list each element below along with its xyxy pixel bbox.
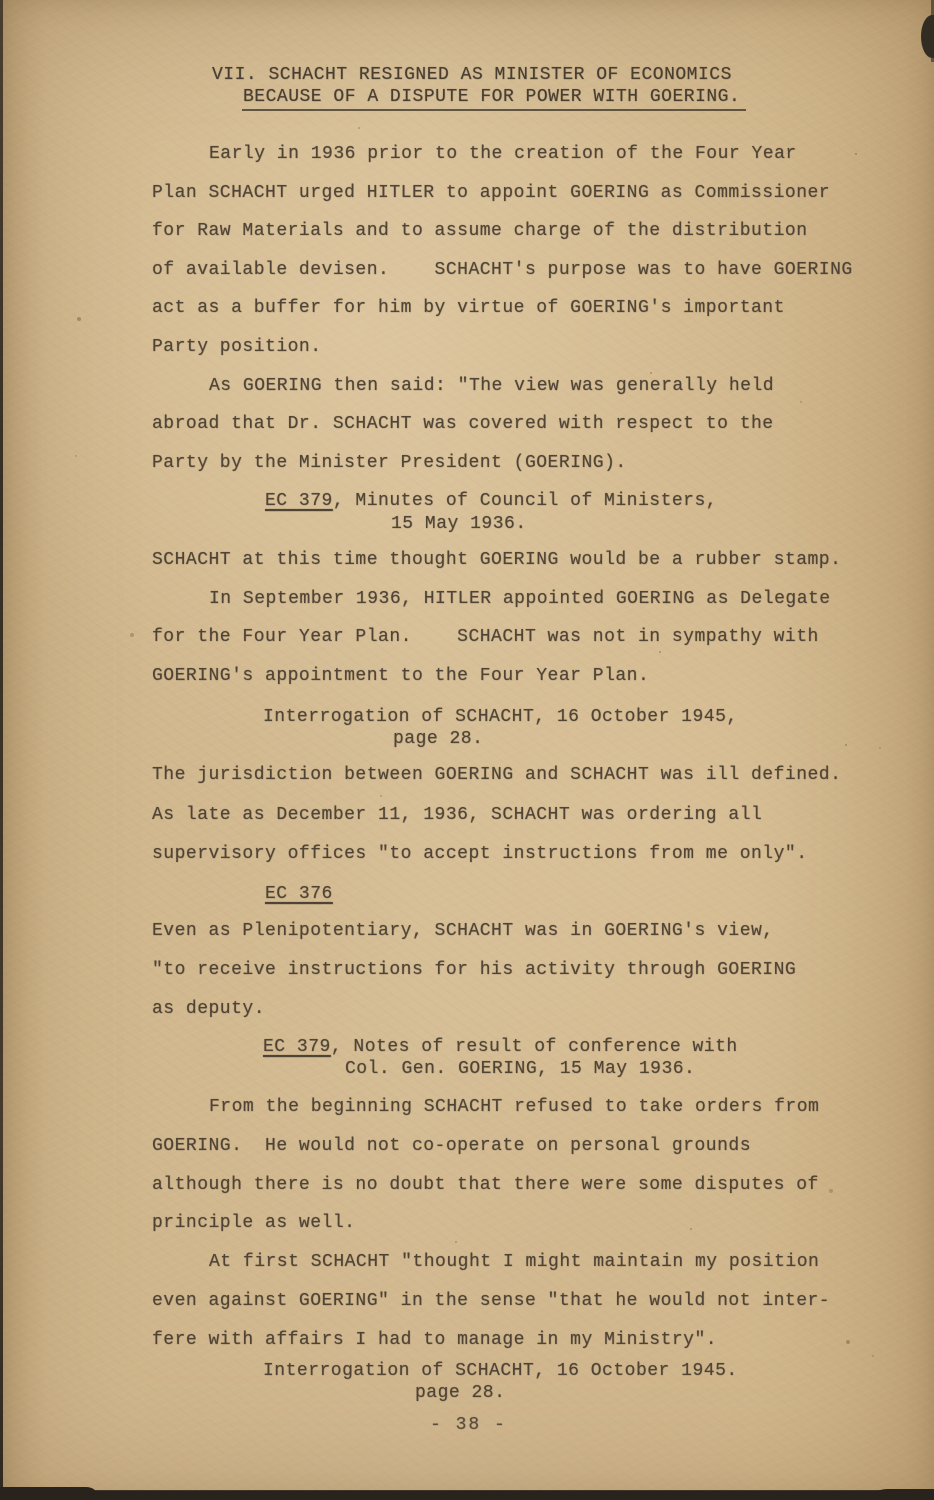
text-segment: The jurisdiction between GOERING and SCH… [152, 765, 841, 785]
text-segment: GOERING. He would not co-operate on pers… [152, 1136, 751, 1156]
text-line: From the beginning SCHACHT refused to ta… [209, 1097, 819, 1117]
text-segment: supervisory offices "to accept instructi… [152, 844, 808, 864]
text-line: Plan SCHACHT urged HITLER to appoint GOE… [152, 183, 830, 203]
text-line: Col. Gen. GOERING, 15 May 1936. [345, 1059, 695, 1079]
exhibit-reference: EC 379 [265, 491, 333, 511]
text-line: although there is no doubt that there we… [152, 1175, 819, 1195]
text-line: abroad that Dr. SCHACHT was covered with… [152, 414, 774, 434]
text-segment: principle as well. [152, 1213, 355, 1233]
text-segment: Early in 1936 prior to the creation of t… [209, 144, 797, 164]
text-line: EC 376 [265, 884, 333, 904]
text-segment: abroad that Dr. SCHACHT was covered with… [152, 414, 774, 434]
text-line: At first SCHACHT "thought I might mainta… [209, 1252, 819, 1272]
text-line: of available devisen. SCHACHT's purpose … [152, 260, 853, 280]
text-segment: , Notes of result of conference with [331, 1037, 738, 1057]
text-line: Even as Plenipotentiary, SCHACHT was in … [152, 921, 774, 941]
text-segment: even against GOERING" in the sense "that… [152, 1291, 830, 1311]
text-line: As GOERING then said: "The view was gene… [209, 376, 774, 396]
exhibit-reference: EC 376 [265, 884, 333, 904]
text-segment: Interrogation of SCHACHT, 16 October 194… [263, 707, 738, 727]
text-segment: of available devisen. SCHACHT's purpose … [152, 260, 853, 280]
text-segment: As GOERING then said: "The view was gene… [209, 376, 774, 396]
text-line: SCHACHT at this time thought GOERING wou… [152, 550, 841, 570]
text-line: page 28. [393, 729, 483, 749]
text-line: for Raw Materials and to assume charge o… [152, 221, 808, 241]
text-segment: for the Four Year Plan. SCHACHT was not … [152, 627, 819, 647]
text-segment: As late as December 11, 1936, SCHACHT wa… [152, 805, 762, 825]
text-line: even against GOERING" in the sense "that… [152, 1291, 830, 1311]
page-edge-bottom [0, 1490, 934, 1500]
document-scan: VII. SCHACHT RESIGNED AS MINISTER OF ECO… [0, 0, 934, 1500]
text-segment: 15 May 1936. [391, 514, 527, 534]
text-line: The jurisdiction between GOERING and SCH… [152, 765, 841, 785]
text-line: EC 379, Notes of result of conference wi… [263, 1037, 738, 1057]
text-segment: In September 1936, HITLER appointed GOER… [209, 589, 831, 609]
text-line: principle as well. [152, 1213, 355, 1233]
text-line: act as a buffer for him by virtue of GOE… [152, 298, 785, 318]
text-segment: act as a buffer for him by virtue of GOE… [152, 298, 785, 318]
page-corner-bottom-right [874, 1489, 934, 1500]
text-line: Party by the Minister President (GOERING… [152, 453, 627, 473]
text-line: Party position. [152, 337, 322, 357]
page-number: - 38 - [430, 1415, 507, 1435]
text-segment: Plan SCHACHT urged HITLER to appoint GOE… [152, 183, 830, 203]
text-segment: , Minutes of Council of Ministers, [333, 491, 717, 511]
text-segment: "to receive instructions for his activit… [152, 960, 796, 980]
text-segment: as deputy. [152, 999, 265, 1019]
text-segment: SCHACHT at this time thought GOERING wou… [152, 550, 841, 570]
text-segment: At first SCHACHT "thought I might mainta… [209, 1252, 819, 1272]
text-segment: Interrogation of SCHACHT, 16 October 194… [263, 1361, 738, 1381]
text-segment: page 28. [415, 1383, 505, 1403]
text-line: In September 1936, HITLER appointed GOER… [209, 589, 831, 609]
text-segment: Party position. [152, 337, 322, 357]
page-edge-left [0, 0, 3, 1492]
text-line: page 28. [415, 1383, 505, 1403]
text-segment: fere with affairs I had to manage in my … [152, 1330, 717, 1350]
text-line: for the Four Year Plan. SCHACHT was not … [152, 627, 819, 647]
text-segment: Col. Gen. GOERING, 15 May 1936. [345, 1059, 695, 1079]
text-line: GOERING. He would not co-operate on pers… [152, 1136, 751, 1156]
text-line: as deputy. [152, 999, 265, 1019]
text-line: Early in 1936 prior to the creation of t… [209, 144, 797, 164]
text-segment: From the beginning SCHACHT refused to ta… [209, 1097, 819, 1117]
text-segment: Even as Plenipotentiary, SCHACHT was in … [152, 921, 774, 941]
text-line: Interrogation of SCHACHT, 16 October 194… [263, 1361, 738, 1381]
text-line: Interrogation of SCHACHT, 16 October 194… [263, 707, 738, 727]
text-segment: page 28. [393, 729, 483, 749]
text-line: GOERING's appointment to the Four Year P… [152, 666, 649, 686]
page-corner-bottom-left [0, 1487, 96, 1500]
text-segment: Party by the Minister President (GOERING… [152, 453, 627, 473]
text-segment: for Raw Materials and to assume charge o… [152, 221, 808, 241]
text-line: "to receive instructions for his activit… [152, 960, 796, 980]
section-heading-line1: VII. SCHACHT RESIGNED AS MINISTER OF ECO… [212, 65, 732, 85]
text-segment: although there is no doubt that there we… [152, 1175, 819, 1195]
text-segment: GOERING's appointment to the Four Year P… [152, 666, 649, 686]
text-line: EC 379, Minutes of Council of Ministers, [265, 491, 717, 511]
text-line: As late as December 11, 1936, SCHACHT wa… [152, 805, 762, 825]
section-heading-line2: BECAUSE OF A DISPUTE FOR POWER WITH GOER… [242, 87, 746, 111]
text-line: 15 May 1936. [391, 514, 527, 534]
text-line: supervisory offices "to accept instructi… [152, 844, 808, 864]
exhibit-reference: EC 379 [263, 1037, 331, 1057]
text-line: fere with affairs I had to manage in my … [152, 1330, 717, 1350]
